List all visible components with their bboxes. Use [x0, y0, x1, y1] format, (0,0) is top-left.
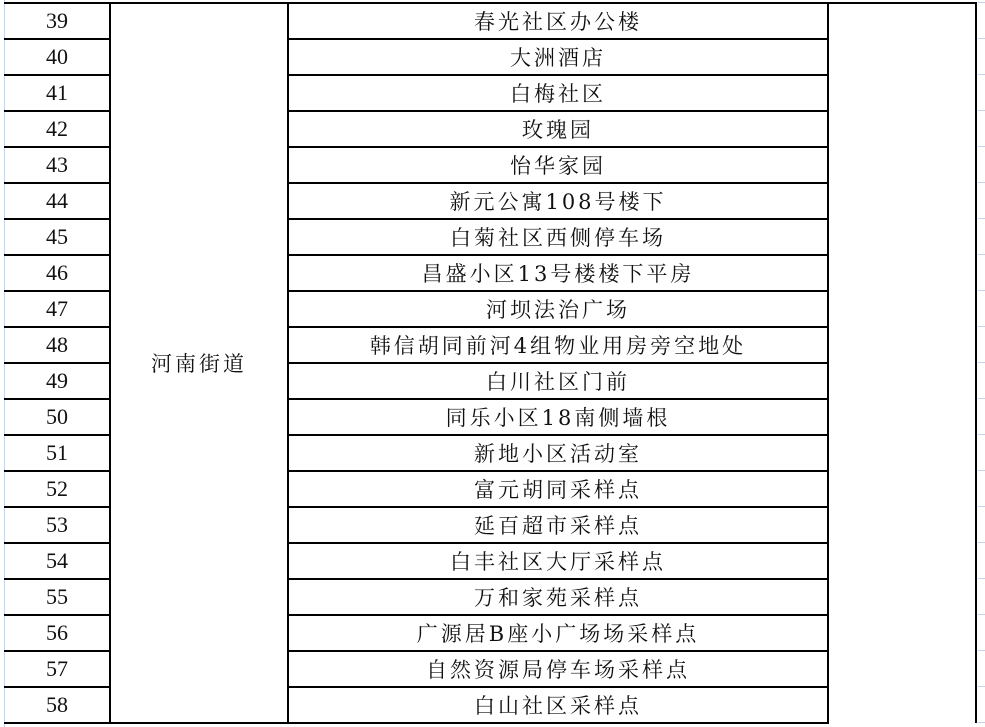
gridline-tick	[978, 2, 985, 3]
gridline-right	[977, 0, 985, 727]
site-name-cell[interactable]: 白山社区采样点	[288, 687, 828, 723]
row-index-cell[interactable]: 40	[5, 39, 111, 75]
gridline-tick	[978, 218, 985, 219]
site-name-cell[interactable]: 同乐小区18南侧墙根	[288, 399, 828, 435]
site-name-cell[interactable]: 怡华家园	[288, 147, 828, 183]
row-index-cell[interactable]: 55	[5, 579, 111, 615]
sampling-sites-table: 39 河南街道 春光社区办公楼 40 大洲酒店 41 白梅社区 42 玫瑰园 4…	[4, 2, 977, 724]
gridline-tick	[978, 398, 985, 399]
row-index-cell[interactable]: 54	[5, 543, 111, 579]
gridline-tick	[978, 362, 985, 363]
site-name-cell[interactable]: 白菊社区西侧停车场	[288, 219, 828, 255]
row-index-cell[interactable]: 56	[5, 615, 111, 651]
row-index-cell[interactable]: 58	[5, 687, 111, 723]
row-index-cell[interactable]: 50	[5, 399, 111, 435]
empty-cell[interactable]	[828, 3, 976, 723]
row-index-cell[interactable]: 52	[5, 471, 111, 507]
site-name-cell[interactable]: 白川社区门前	[288, 363, 828, 399]
row-index-cell[interactable]: 42	[5, 111, 111, 147]
row-index-cell[interactable]: 53	[5, 507, 111, 543]
street-name-cell[interactable]: 河南街道	[110, 3, 288, 723]
gridline-tick	[978, 254, 985, 255]
site-name-cell[interactable]: 春光社区办公楼	[288, 3, 828, 39]
site-name-cell[interactable]: 白梅社区	[288, 75, 828, 111]
gridline-tick	[978, 578, 985, 579]
gridline-tick	[978, 290, 985, 291]
row-index-cell[interactable]: 45	[5, 219, 111, 255]
gridline-tick	[978, 722, 985, 723]
gridline-tick	[978, 506, 985, 507]
site-name-cell[interactable]: 万和家苑采样点	[288, 579, 828, 615]
gridline-tick	[978, 182, 985, 183]
site-name-cell[interactable]: 韩信胡同前河4组物业用房旁空地处	[288, 327, 828, 363]
row-index-cell[interactable]: 49	[5, 363, 111, 399]
gridline-tick	[978, 110, 985, 111]
row-index-cell[interactable]: 48	[5, 327, 111, 363]
site-name-cell[interactable]: 延百超市采样点	[288, 507, 828, 543]
gridline-tick	[978, 470, 985, 471]
site-name-cell[interactable]: 富元胡同采样点	[288, 471, 828, 507]
row-index-cell[interactable]: 39	[5, 3, 111, 39]
row-index-cell[interactable]: 51	[5, 435, 111, 471]
gridline-tick	[978, 614, 985, 615]
row-index-cell[interactable]: 46	[5, 255, 111, 291]
row-index-cell[interactable]: 47	[5, 291, 111, 327]
gridline-tick	[978, 650, 985, 651]
gridline-tick	[978, 686, 985, 687]
spreadsheet: 39 河南街道 春光社区办公楼 40 大洲酒店 41 白梅社区 42 玫瑰园 4…	[0, 0, 985, 727]
site-name-cell[interactable]: 昌盛小区13号楼楼下平房	[288, 255, 828, 291]
gridline-tick	[978, 542, 985, 543]
site-name-cell[interactable]: 河坝法治广场	[288, 291, 828, 327]
site-name-cell[interactable]: 大洲酒店	[288, 39, 828, 75]
site-name-cell[interactable]: 新地小区活动室	[288, 435, 828, 471]
site-name-cell[interactable]: 白丰社区大厅采样点	[288, 543, 828, 579]
row-index-cell[interactable]: 44	[5, 183, 111, 219]
site-name-cell[interactable]: 新元公寓108号楼下	[288, 183, 828, 219]
gridline-tick	[978, 74, 985, 75]
gridline-tick	[978, 434, 985, 435]
gridline-tick	[978, 146, 985, 147]
row-index-cell[interactable]: 41	[5, 75, 111, 111]
gridline-tick	[978, 326, 985, 327]
row-index-cell[interactable]: 57	[5, 651, 111, 687]
table-row: 39 河南街道 春光社区办公楼	[5, 3, 977, 39]
gridline-tick	[978, 38, 985, 39]
site-name-cell[interactable]: 玫瑰园	[288, 111, 828, 147]
row-index-cell[interactable]: 43	[5, 147, 111, 183]
site-name-cell[interactable]: 广源居B座小广场场采样点	[288, 615, 828, 651]
site-name-cell[interactable]: 自然资源局停车场采样点	[288, 651, 828, 687]
